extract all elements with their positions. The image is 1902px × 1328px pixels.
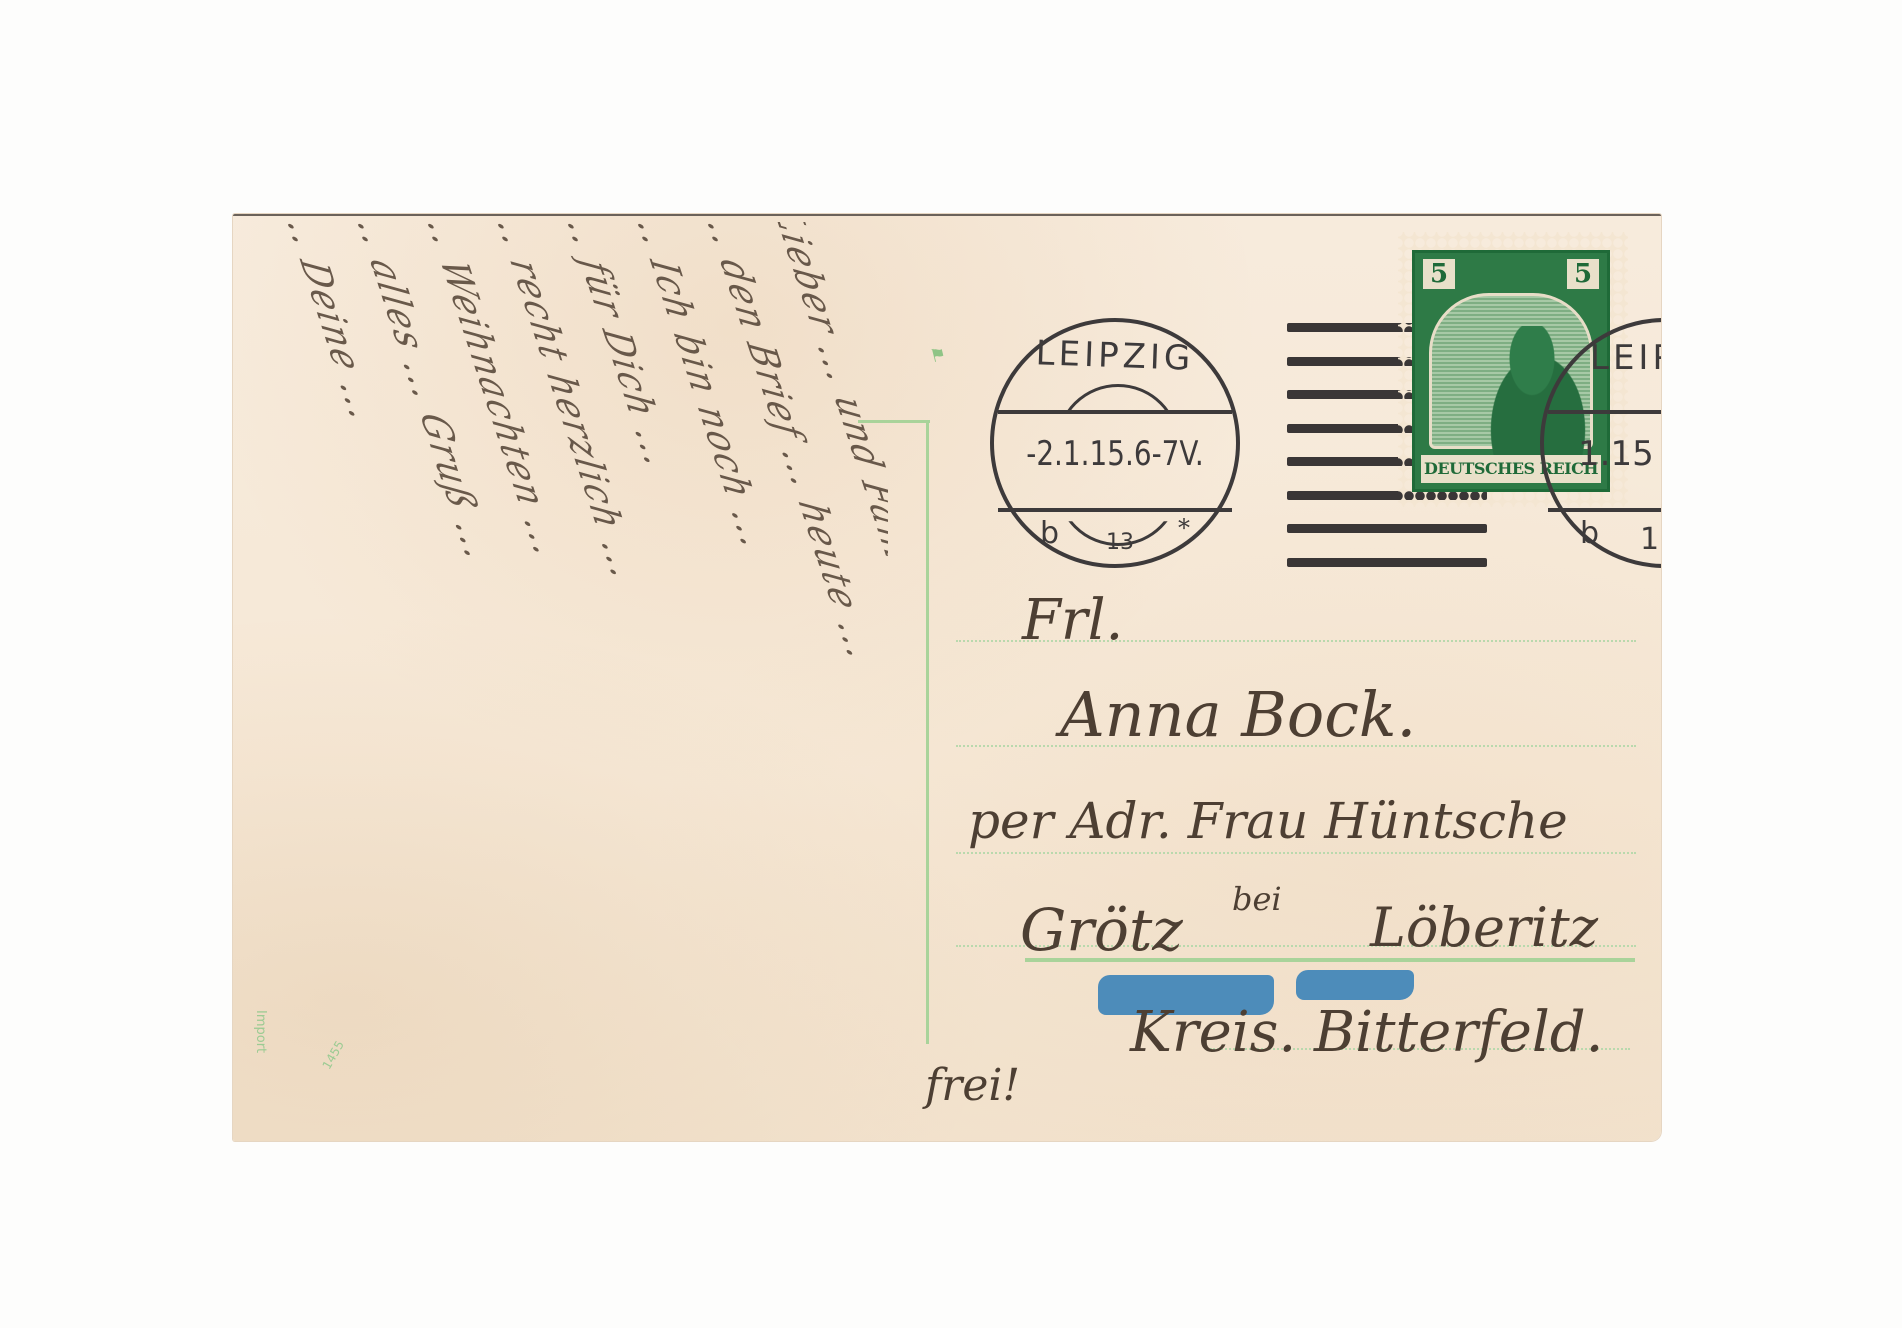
address-town: Grötz — [1020, 896, 1183, 964]
postmark: LEIPZIG -2.1.15.6-7V. b 13 * — [990, 318, 1240, 568]
postmark-partial-date: 1.15 — [1578, 434, 1654, 474]
postmark-partial-office: 13 — [1640, 522, 1661, 557]
address-district: Kreis. Bitterfeld. — [1130, 1000, 1603, 1065]
blue-crayon-mark — [1296, 970, 1414, 1000]
address-nearby-town: Löberitz — [1370, 896, 1598, 959]
postage-note: frei! — [925, 1060, 1020, 1111]
publisher-imprint: Import — [253, 1010, 268, 1053]
postmark-band-bottom — [998, 508, 1232, 512]
postmark-partial-city: LEIP — [1590, 338, 1661, 378]
address-line — [956, 852, 1636, 854]
divider-vertical — [926, 422, 929, 1044]
postmark-partial-clip: LEIP 1.15 b 13 — [1537, 300, 1661, 590]
stamp-value-right: 5 — [1567, 259, 1599, 289]
star-icon: * — [1178, 514, 1190, 542]
postmark-letter: b — [1040, 516, 1059, 551]
address-care-of: per Adr. Frau Hüntsche — [968, 792, 1568, 850]
stamp-value-left: 5 — [1423, 259, 1455, 289]
postmark-city: LEIPZIG — [993, 332, 1236, 380]
postmark-partial: LEIP 1.15 b 13 — [1540, 318, 1661, 568]
postmark-date: -2.1.15.6-7V. — [1016, 434, 1214, 474]
address-name: Anna Bock. — [1060, 678, 1416, 751]
divider-top — [858, 420, 930, 423]
address-near: bei — [1232, 880, 1282, 918]
postmark-partial-letter: b — [1580, 516, 1599, 551]
postmark-office-number: 13 — [1106, 530, 1134, 555]
address-salutation: Frl. — [1022, 588, 1123, 653]
handwritten-message: Lieber ... und Familie! ... ... den Brie… — [248, 222, 888, 1122]
